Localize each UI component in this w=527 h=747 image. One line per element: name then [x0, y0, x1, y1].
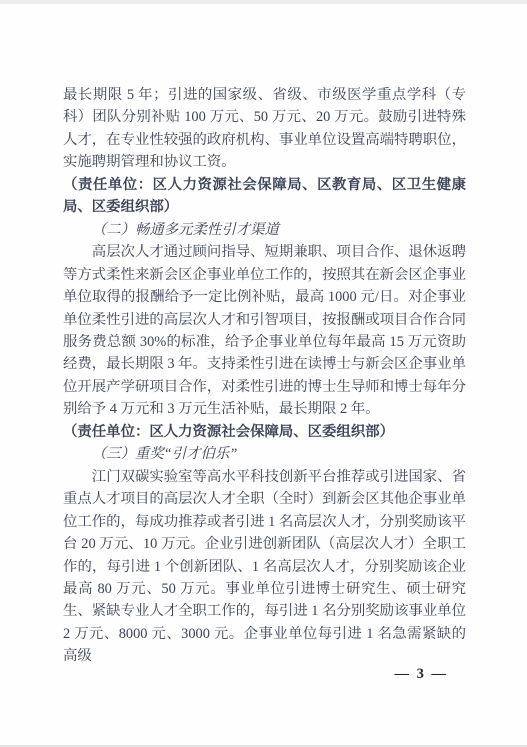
document-content: 最长期限 5 年；引进的国家级、省级、市级医学重点学科（专科）团队分别补贴 10…: [63, 84, 466, 668]
document-page: 最长期限 5 年；引进的国家级、省级、市级医学重点学科（专科）团队分别补贴 10…: [0, 0, 527, 747]
section-heading-2-flexible-recruitment: （二）畅通多元柔性引才渠道: [63, 219, 466, 241]
paragraph-continuation-medical-teams: 最长期限 5 年；引进的国家级、省级、市级医学重点学科（专科）团队分别补贴 10…: [63, 84, 466, 174]
responsibility-units-line-1: （责任单位：区人力资源社会保障局、区教育局、区卫生健康局、区委组织部）: [63, 174, 466, 219]
page-number: — 3 —: [395, 666, 449, 683]
scan-edge-top: [0, 0, 527, 4]
section-heading-3-talent-scout-reward: （三）重奖“引才伯乐”: [63, 443, 466, 465]
paragraph-flexible-recruitment-policy: 高层次人才通过顾问指导、短期兼职、项目合作、退休返聘等方式柔性来新会区企事业单位…: [63, 241, 466, 421]
responsibility-units-line-2: （责任单位：区人力资源社会保障局、区委组织部）: [63, 421, 466, 443]
paragraph-talent-scout-reward-policy: 江门双碳实验室等高水平科技创新平台推荐或引进国家、省重点人才项目的高层次人才全职…: [63, 466, 466, 668]
